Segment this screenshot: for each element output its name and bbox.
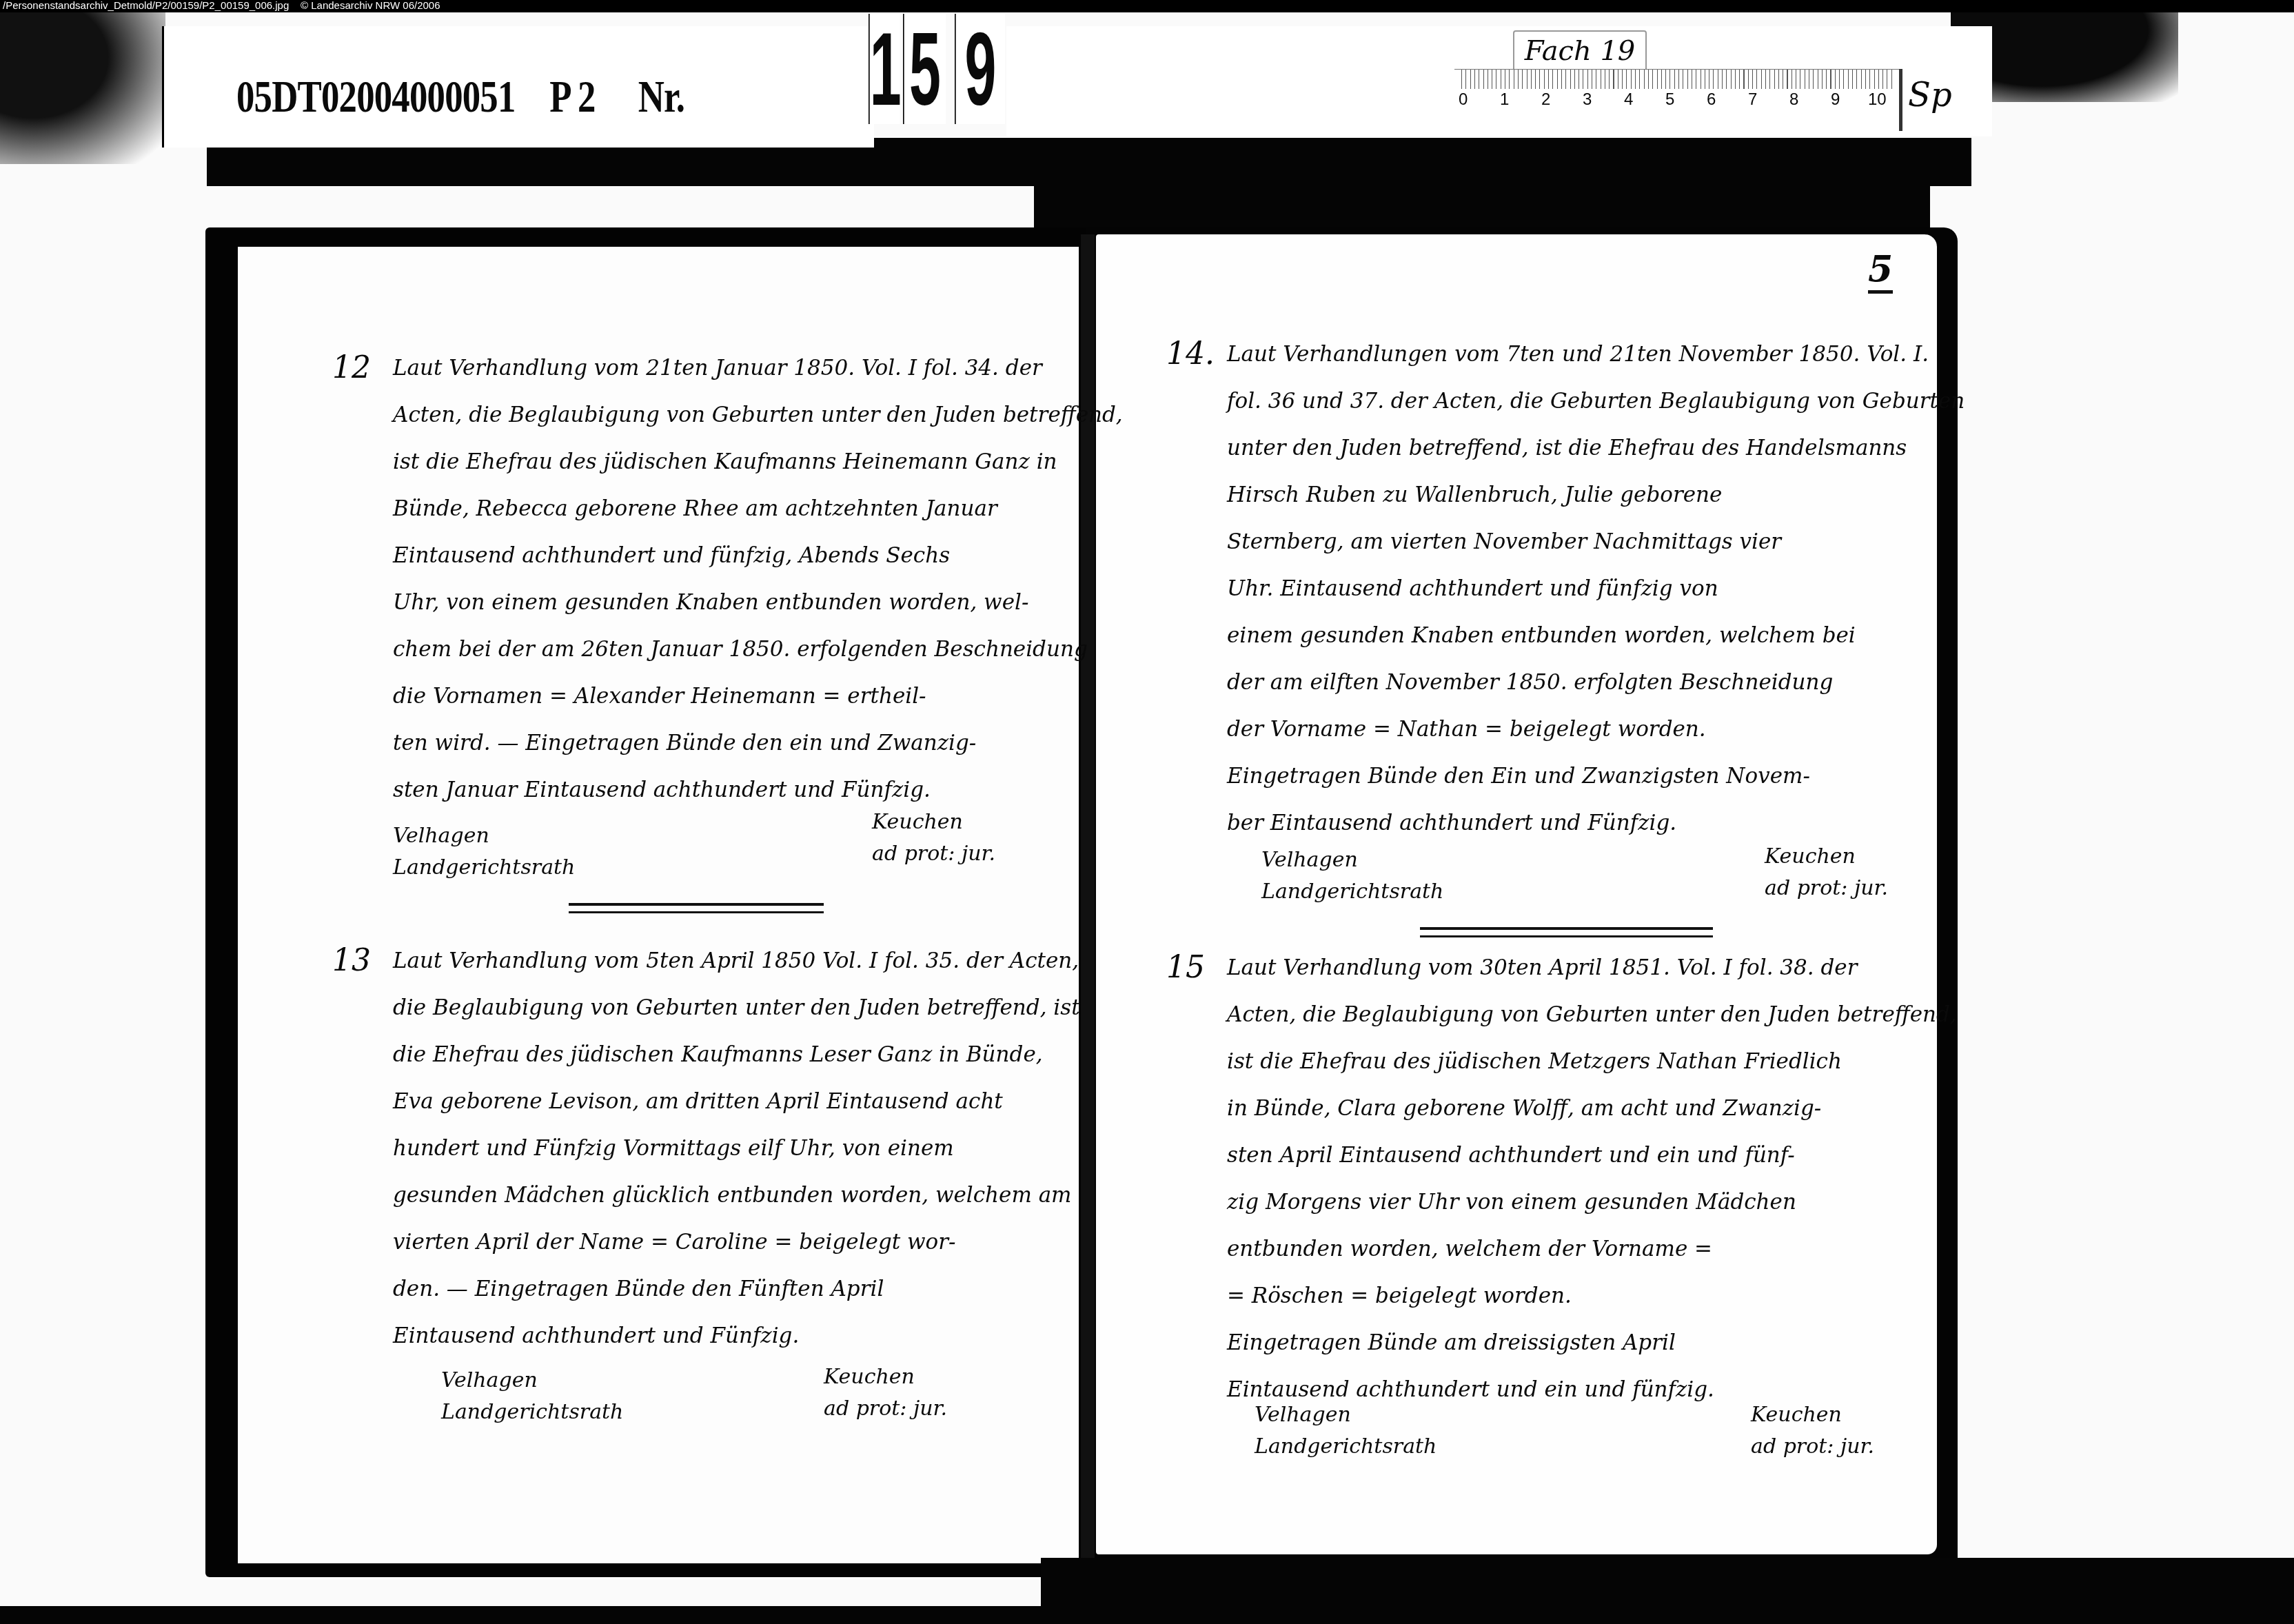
entry-line: = Röschen = beigelegt worden.: [1227, 1272, 1923, 1319]
ruler-number: 6: [1707, 90, 1716, 110]
entry-line: Acten, die Beglaubigung von Geburten unt…: [393, 392, 1089, 438]
entry-line: Sternberg, am vierten November Nachmitta…: [1227, 518, 1923, 565]
signature-left: Velhagen Landgerichtsrath: [1255, 1399, 1437, 1463]
ruler-number: 1: [1500, 90, 1509, 110]
entry-line: Laut Verhandlung vom 5ten April 1850 Vol…: [393, 937, 1089, 984]
entry-line: ten wird. — Eingetragen Bünde den ein un…: [393, 720, 1089, 767]
entry-line: Laut Verhandlung vom 30ten April 1851. V…: [1227, 944, 1923, 991]
ruler-ticks: [1461, 70, 1896, 89]
ruler-number: 3: [1583, 90, 1592, 110]
ruler-number: 7: [1748, 90, 1757, 110]
fach-tag: Fach 19: [1513, 30, 1647, 74]
signature-right: Keuchen ad prot: jur.: [1765, 841, 1888, 904]
entry-line: sten April Eintausend achthundert und ei…: [1227, 1132, 1923, 1179]
scan-copyright: © Landesarchiv NRW 06/2006: [301, 0, 440, 12]
background-shadow: [0, 1606, 2294, 1624]
nr-digit-2: 5: [903, 14, 946, 124]
nr-digit-1: 1: [869, 14, 900, 124]
scale-ruler: 0 1 2 3 4 5 6 7 8 9 10: [1454, 69, 1901, 132]
entry-line: hundert und Fünfzig Vormittags eilf Uhr,…: [393, 1125, 1089, 1172]
signature-left: Velhagen Landgerichtsrath: [393, 820, 575, 884]
signature-right: Keuchen ad prot: jur.: [824, 1361, 947, 1425]
entry-line: die Beglaubigung von Geburten unter den …: [393, 984, 1089, 1031]
entry-number: 13: [332, 937, 371, 984]
entry-line: Eva geborene Levison, am dritten April E…: [393, 1078, 1089, 1125]
scan-path: /Personenstandsarchiv_Detmold/P2/00159/P…: [3, 0, 289, 12]
entry-line: in Bünde, Clara geborene Wolff, am acht …: [1227, 1085, 1923, 1132]
entry-line: ist die Ehefrau des jüdischen Kaufmanns …: [393, 438, 1089, 485]
entry-line: zig Morgens vier Uhr von einem gesunden …: [1227, 1179, 1923, 1226]
entry-line: Bünde, Rebecca geborene Rhee am achtzehn…: [393, 485, 1089, 532]
entry-line: Eingetragen Bünde den Ein und Zwanzigste…: [1227, 753, 1923, 800]
signature-left: Velhagen Landgerichtsrath: [441, 1365, 623, 1428]
archive-label-card: 05DT02004000051 P 2 Nr.: [162, 26, 874, 148]
entry-line: vierten April der Name = Caroline = beig…: [393, 1219, 1089, 1266]
entry-line: entbunden worden, welchem der Vorname =: [1227, 1226, 1923, 1272]
entry-line: die Vornamen = Alexander Heinemann = ert…: [393, 673, 1089, 720]
entry-line: einem gesunden Knaben entbunden worden, …: [1227, 612, 1923, 659]
ruler-number: 4: [1624, 90, 1633, 110]
entry-line: gesunden Mädchen glücklich entbunden wor…: [393, 1172, 1089, 1219]
entry-line: chem bei der am 26ten Januar 1850. erfol…: [393, 626, 1089, 673]
page-number: 5: [1868, 248, 1893, 294]
entry-line: der am eilften November 1850. erfolgten …: [1227, 659, 1923, 706]
signature-right: Keuchen ad prot: jur.: [1751, 1399, 1874, 1463]
entry-line: Uhr. Eintausend achthundert und fünfzig …: [1227, 565, 1923, 612]
unit-mark: Sp: [1908, 76, 1952, 114]
entry-line: Eingetragen Bünde am dreissigsten April: [1227, 1319, 1923, 1366]
ruler-number: 0: [1459, 90, 1468, 110]
entry-line: Eintausend achthundert und fünfzig, Aben…: [393, 532, 1089, 579]
register-entry: 14. Laut Verhandlungen vom 7ten und 21te…: [1227, 331, 1923, 846]
entry-separator: [569, 903, 824, 913]
ruler-number: 10: [1868, 90, 1887, 110]
archive-code: 05DT02004000051 P 2 Nr.: [236, 71, 684, 123]
entry-line: die Ehefrau des jüdischen Kaufmanns Lese…: [393, 1031, 1089, 1078]
entry-line: Hirsch Ruben zu Wallenbruch, Julie gebor…: [1227, 471, 1923, 518]
ruler-number: 5: [1665, 90, 1674, 110]
entry-line: Eintausend achthundert und Fünfzig.: [393, 1312, 1089, 1359]
entry-line: Laut Verhandlung vom 21ten Januar 1850. …: [393, 345, 1089, 392]
register-entry: 13 Laut Verhandlung vom 5ten April 1850 …: [393, 937, 1089, 1359]
entry-separator: [1420, 927, 1713, 937]
signature-left: Velhagen Landgerichtsrath: [1261, 844, 1443, 908]
ruler-end-marker: [1899, 69, 1902, 131]
register-entry: 15 Laut Verhandlung vom 30ten April 1851…: [1227, 944, 1923, 1413]
entry-line: unter den Juden betreffend, ist die Ehef…: [1227, 425, 1923, 471]
entry-line: Uhr, von einem gesunden Knaben entbunden…: [393, 579, 1089, 626]
nr-digit-3: 9: [955, 14, 1005, 124]
entry-line: ber Eintausend achthundert und Fünfzig.: [1227, 800, 1923, 846]
ruler-number: 8: [1789, 90, 1798, 110]
background-shadow: [0, 12, 165, 164]
entry-line: der Vorname = Nathan = beigelegt worden.: [1227, 706, 1923, 753]
entry-line: fol. 36 und 37. der Acten, die Geburten …: [1227, 378, 1923, 425]
ruler-number: 2: [1541, 90, 1550, 110]
register-entry: 12 Laut Verhandlung vom 21ten Januar 185…: [393, 345, 1089, 813]
entry-number: 14.: [1166, 331, 1215, 378]
signature-right: Keuchen ad prot: jur.: [872, 806, 995, 870]
entry-line: Acten, die Beglaubigung von Geburten unt…: [1227, 991, 1923, 1038]
entry-number: 15: [1166, 944, 1205, 991]
entry-line: Laut Verhandlungen vom 7ten und 21ten No…: [1227, 331, 1923, 378]
ruler-number: 9: [1831, 90, 1840, 110]
entry-line: ist die Ehefrau des jüdischen Metzgers N…: [1227, 1038, 1923, 1085]
entry-number: 12: [332, 345, 371, 392]
entry-line: den. — Eingetragen Bünde den Fünften Apr…: [393, 1266, 1089, 1312]
scan-path-bar: /Personenstandsarchiv_Detmold/P2/00159/P…: [0, 0, 2294, 12]
